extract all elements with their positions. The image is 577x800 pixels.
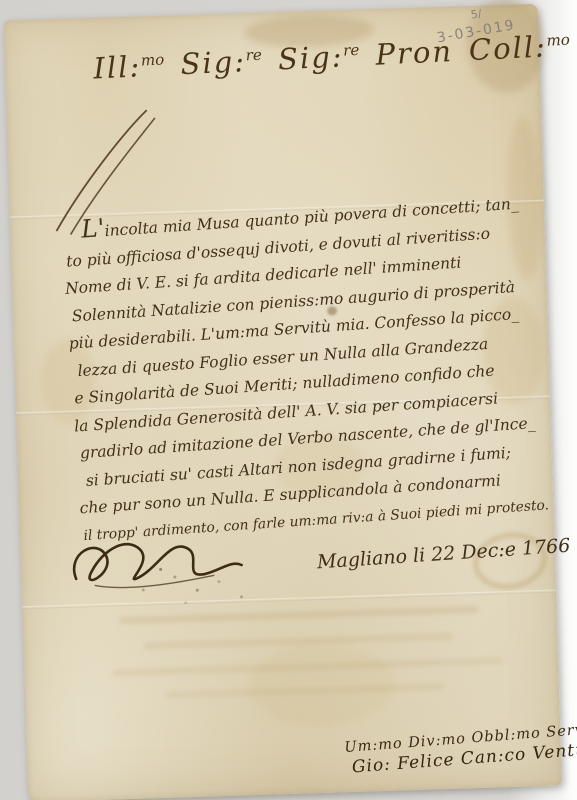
salutation-word: Ill:mo	[93, 48, 166, 85]
signature-block: Um:mo Div:mo Obbl:mo Serv:re Gio: Felice…	[344, 720, 577, 778]
paper: 5/ 3-03-019 Ill:moSig:reSig:rePronColl:m…	[4, 4, 562, 800]
salutation: Ill:moSig:reSig:rePronColl:mo	[93, 31, 524, 86]
show-through-streak	[143, 633, 453, 650]
scanner-background-strip	[561, 0, 577, 800]
scanned-letter-page: 5/ 3-03-019 Ill:moSig:reSig:rePronColl:m…	[0, 0, 577, 800]
show-through-streak	[119, 606, 479, 624]
salutation-word: Pron	[375, 34, 454, 72]
archive-mark-small: 5/	[470, 7, 483, 22]
salutation-word: Coll:mo	[468, 28, 571, 67]
salutation-word: Sig:re	[277, 39, 360, 77]
letter-body: L'incolta mia Musa quanto più povera di …	[60, 187, 539, 551]
show-through-streak	[165, 683, 445, 699]
show-through-streak	[112, 657, 502, 676]
salutation-word: Sig:re	[180, 43, 263, 81]
